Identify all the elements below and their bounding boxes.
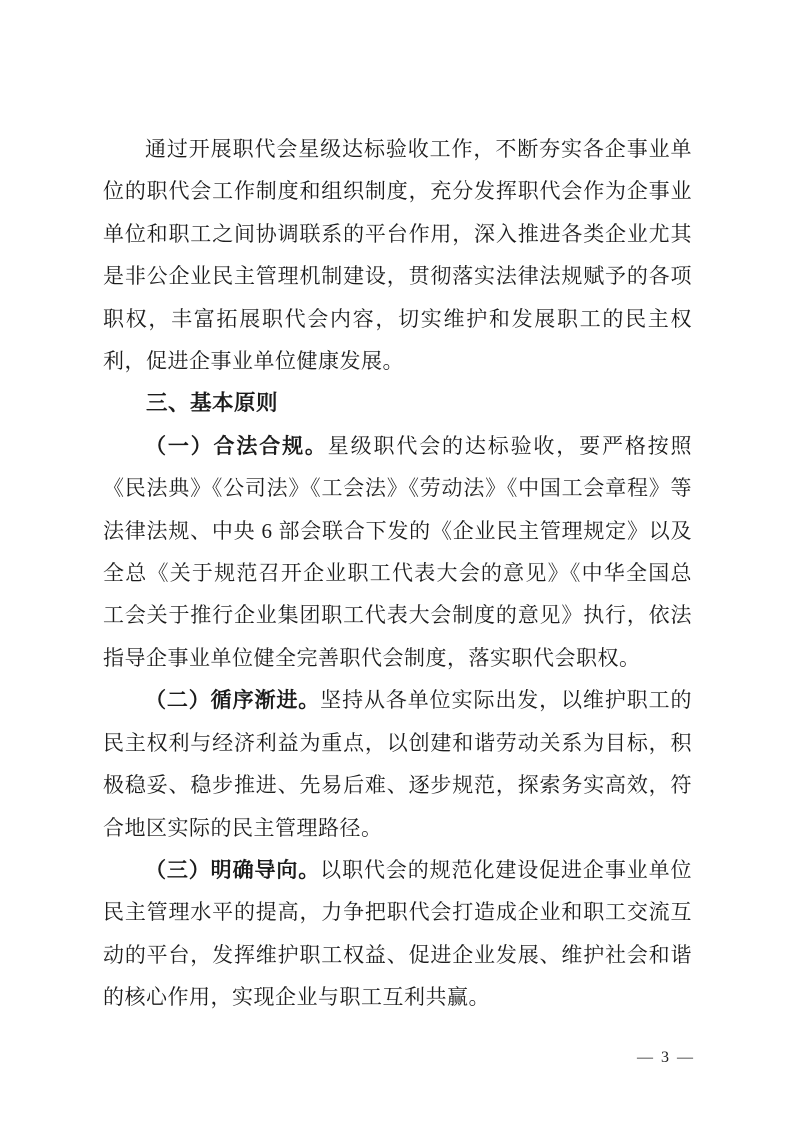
list-item-1-text: 星级职代会的达标验收，要严格按照《民法典》《公司法》《工会法》《劳动法》《中国工… [103, 434, 692, 670]
page-number: — 3 — [637, 1048, 695, 1068]
list-item-2: （二）循序渐进。坚持从各单位实际出发，以维护职工的民主权利与经济利益为重点，以创… [103, 679, 692, 849]
document-body: 通过开展职代会星级达标验收工作，不断夯实各企事业单位的职代会工作制度和组织制度，… [103, 128, 692, 1019]
list-item-1-lead: （一）合法合规。 [145, 434, 328, 458]
document-page: 通过开展职代会星级达标验收工作，不断夯实各企事业单位的职代会工作制度和组织制度，… [0, 0, 794, 1123]
list-item-1: （一）合法合规。星级职代会的达标验收，要严格按照《民法典》《公司法》《工会法》《… [103, 425, 692, 679]
section-heading: 三、基本原则 [103, 382, 692, 424]
intro-paragraph: 通过开展职代会星级达标验收工作，不断夯实各企事业单位的职代会工作制度和组织制度，… [103, 128, 692, 382]
list-item-2-lead: （二）循序渐进。 [145, 688, 320, 712]
list-item-3: （三）明确导向。以职代会的规范化建设促进企事业单位民主管理水平的提高，力争把职代… [103, 849, 692, 1019]
list-item-3-lead: （三）明确导向。 [145, 858, 320, 882]
